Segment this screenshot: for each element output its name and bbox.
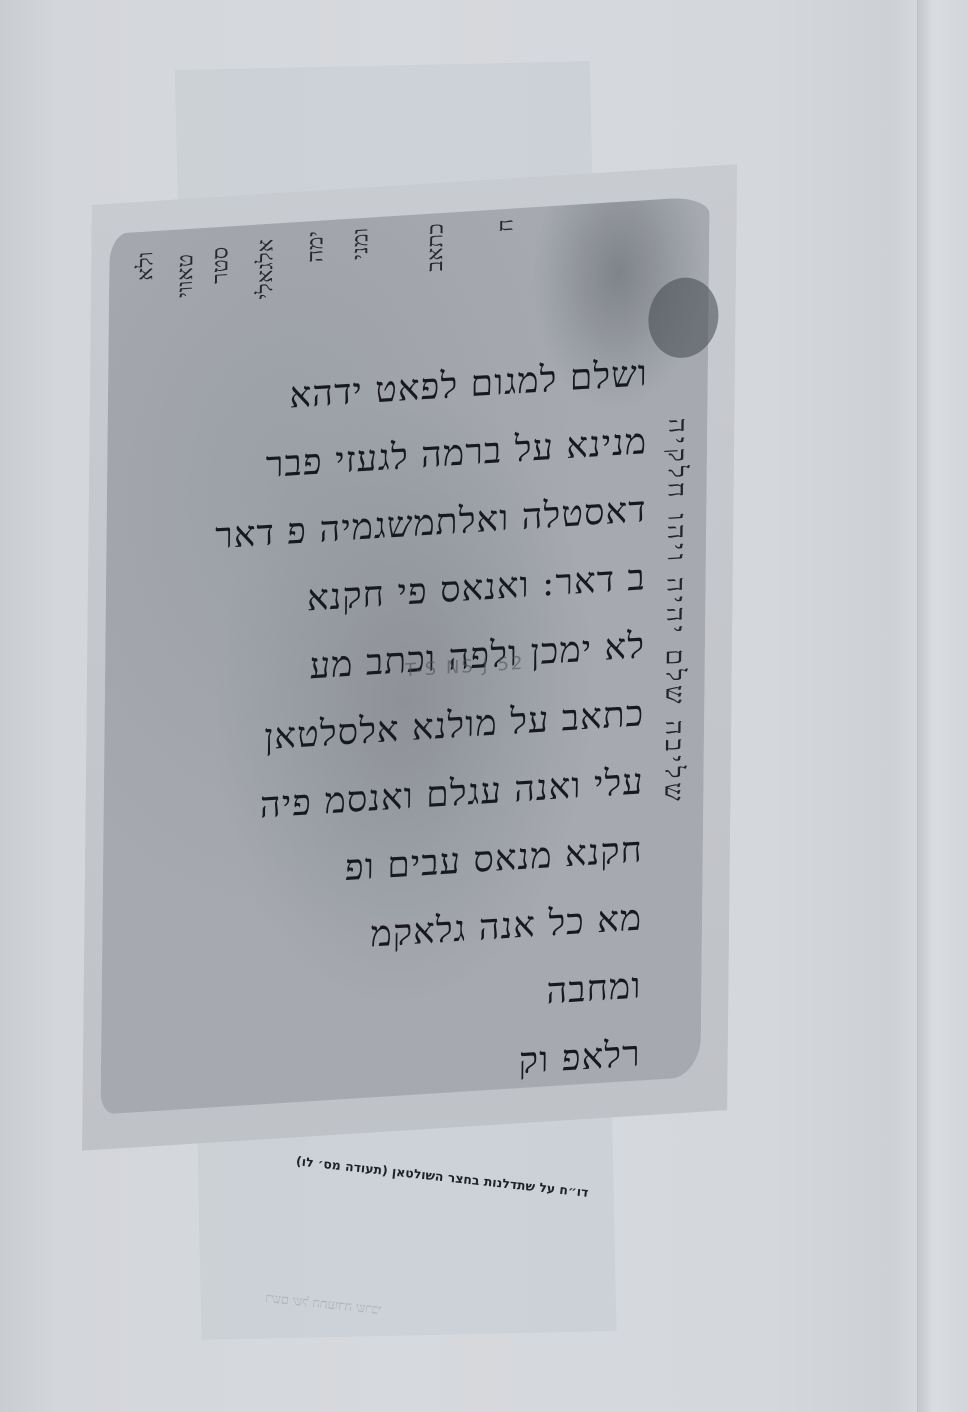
- manuscript-plate: ולא טאווי סטר אלגאלי ימה ומני כתאב ח ושל…: [82, 164, 737, 1150]
- margin-note: כתאב: [423, 222, 450, 272]
- margin-note: ולא: [133, 251, 159, 282]
- margin-note: ומני: [348, 227, 374, 260]
- right-margin-note: שליבה שלם יהיה ויהו חלקיה: [656, 417, 693, 1069]
- manuscript-text: ושלם למגום לפאט ידהא מנינא על ברמה לגעזי…: [140, 340, 648, 1120]
- manuscript-fragment: ולא טאווי סטר אלגאלי ימה ומני כתאב ח ושל…: [100, 196, 709, 1114]
- margin-note: טאווי: [173, 253, 199, 298]
- margin-note: אלגאלי: [253, 238, 280, 300]
- adjacent-page-edge: [917, 0, 968, 1412]
- margin-note: סטר: [208, 246, 234, 284]
- margin-note: ח: [493, 218, 519, 233]
- margin-note: ימה: [303, 230, 329, 263]
